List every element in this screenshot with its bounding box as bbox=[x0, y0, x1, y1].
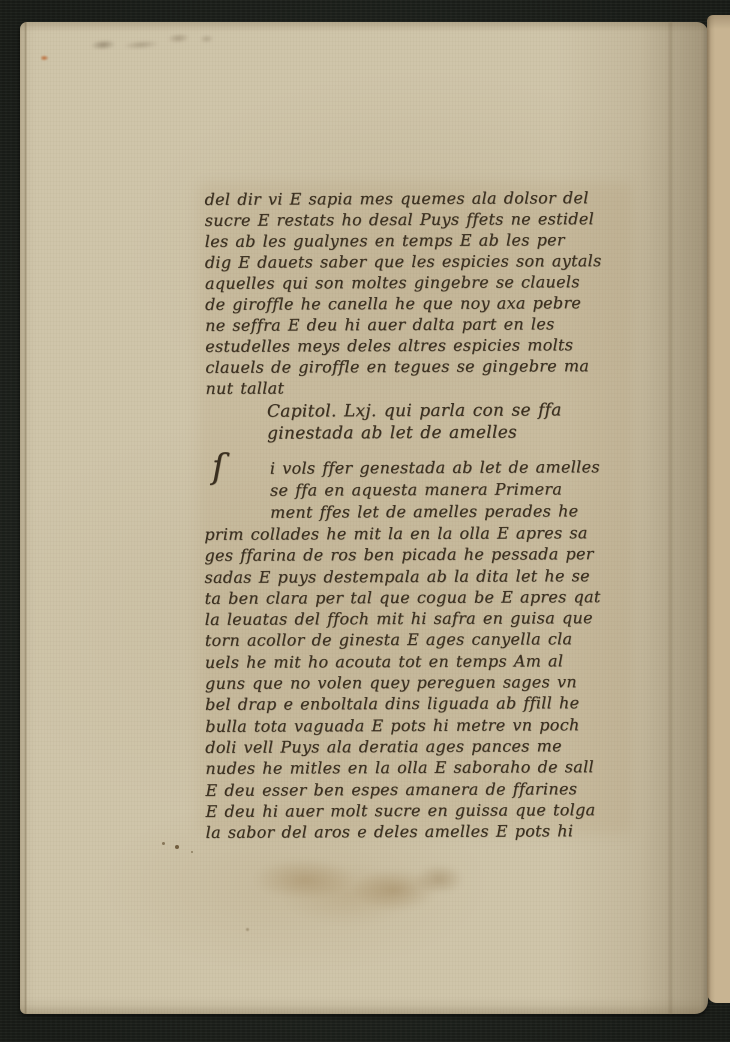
ink-speck bbox=[191, 851, 193, 853]
ink-speck bbox=[246, 928, 249, 931]
manuscript-line: E deu esser ben espes amanera de ffarine… bbox=[205, 778, 601, 801]
manuscript-line: les ab les gualynes en temps E ab les pe… bbox=[205, 229, 602, 252]
manuscript-line: aquelles qui son moltes gingebre se clau… bbox=[205, 271, 602, 294]
chapter-heading: Capitol. Lxj. qui parla con se ffaginest… bbox=[267, 399, 562, 444]
facing-page-edge bbox=[707, 15, 730, 1003]
manuscript-line: doli vell Puys ala deratia ages pances m… bbox=[205, 735, 601, 758]
manuscript-line: ges ffarina de ros ben picada he pessada… bbox=[204, 543, 600, 566]
manuscript-line: guns que no volen quey pereguen sages vn bbox=[205, 671, 601, 694]
manuscript-line: de giroffle he canella he que noy axa pe… bbox=[205, 292, 602, 315]
manuscript-line: clauels de giroffle en tegues se gingebr… bbox=[205, 355, 602, 378]
manuscript-line: ta ben clara per tal que cogua be E apre… bbox=[205, 586, 601, 609]
paper-stain bbox=[215, 832, 495, 937]
manuscript-line: dig E dauets saber que les espicies son … bbox=[205, 250, 602, 273]
initial-guide-letter: ſ bbox=[212, 450, 225, 484]
manuscript-line: sadas E puys destempala ab la dita let h… bbox=[204, 565, 600, 588]
chapter-heading-line: ginestada ab let de amelles bbox=[267, 421, 562, 444]
recipe-indented-lines: i vols ffer genestada ab let de amelless… bbox=[270, 456, 600, 523]
manuscript-line: bel drap e enboltala dins liguada ab ffi… bbox=[205, 693, 601, 716]
manuscript-line: estudelles meys deles altres espicies mo… bbox=[205, 334, 602, 357]
ink-speck bbox=[162, 842, 165, 845]
recipe-paragraph: prim collades he mit la en la olla E apr… bbox=[204, 522, 601, 843]
page-stack-edge bbox=[24, 22, 27, 1014]
manuscript-line: i vols ffer genestada ab let de amelles bbox=[270, 456, 600, 479]
manuscript-line: uels he mit ho acouta tot en temps Am al bbox=[205, 650, 601, 673]
manuscript-line: se ffa en aquesta manera Primera bbox=[270, 478, 600, 501]
manuscript-line: ne seffra E deu hi auer dalta part en le… bbox=[205, 313, 602, 336]
manuscript-line: torn acollor de ginesta E ages canyella … bbox=[205, 629, 601, 652]
manuscript-line: prim collades he mit la en la olla E apr… bbox=[204, 522, 600, 545]
manuscript-line: bulla tota vaguada E pots hi metre vn po… bbox=[205, 714, 601, 737]
ink-speck bbox=[175, 845, 179, 849]
red-ink-speck bbox=[41, 55, 49, 61]
gutter-crease bbox=[668, 22, 673, 1014]
manuscript-photo-background: del dir vi E sapia mes quemes ala dolsor… bbox=[0, 0, 730, 1042]
manuscript-line: la leuatas del ffoch mit hi safra en gui… bbox=[205, 607, 601, 630]
manuscript-line: nut tallat bbox=[205, 376, 602, 399]
manuscript-line: del dir vi E sapia mes quemes ala dolsor… bbox=[205, 187, 602, 210]
paragraph-spices: del dir vi E sapia mes quemes ala dolsor… bbox=[205, 187, 603, 399]
chapter-heading-line: Capitol. Lxj. qui parla con se ffa bbox=[267, 399, 562, 422]
manuscript-line: sucre E restats ho desal Puys ffets ne e… bbox=[205, 208, 602, 231]
manuscript-line: E deu hi auer molt sucre en guissa que t… bbox=[206, 799, 602, 822]
manuscript-line: ment ffes let de amelles perades he bbox=[270, 500, 600, 523]
manuscript-line: nudes he mitles en la olla E saboraho de… bbox=[205, 756, 601, 779]
